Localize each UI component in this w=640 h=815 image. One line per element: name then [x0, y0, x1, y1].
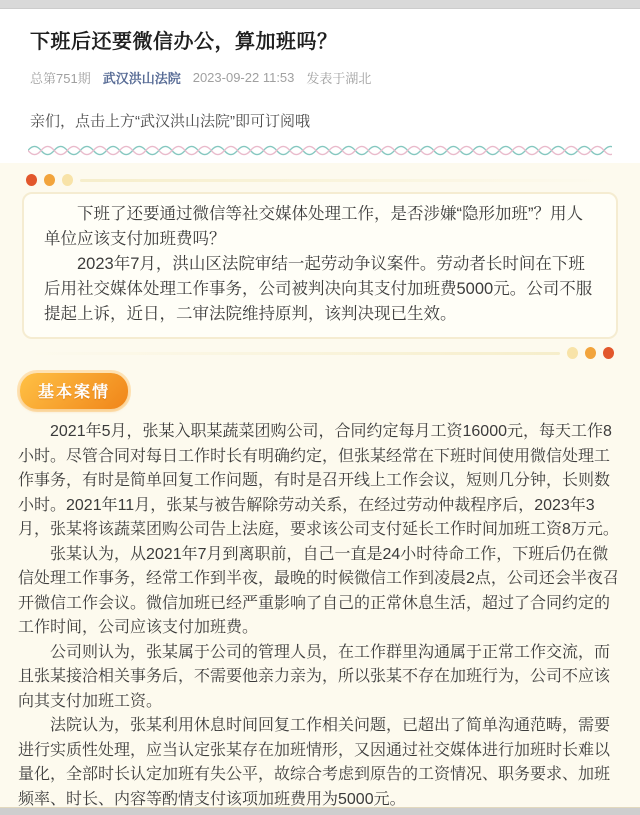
wave-divider	[0, 131, 640, 163]
issue-number: 总第751期	[30, 68, 91, 87]
body-paragraph: 公司则认为，张某属于公司的管理人员，在工作群里沟通属于正常工作交流，而且张某接洽…	[18, 641, 622, 715]
body-paragraph: 法院认为，张某利用休息时间回复工作相关问题，已超出了简单沟通范畴，需要进行实质性…	[18, 714, 622, 812]
article-header: 下班后还要微信办公，算加班吗？ 总第751期 武汉洪山法院 2023-09-22…	[0, 9, 640, 87]
decor-line	[26, 352, 560, 355]
case-text: 2021年5月，张某入职某蔬菜团购公司，合同约定每月工资16000元，每天工作8…	[18, 420, 622, 812]
publish-datetime: 2023-09-22 11:53	[193, 70, 295, 85]
decor-line	[80, 179, 614, 182]
wave-divider-icon	[28, 144, 612, 157]
window-edge-strip	[0, 0, 640, 9]
publish-location: 发表于湖北	[306, 68, 371, 87]
dot-icon	[26, 174, 37, 186]
account-link[interactable]: 武汉洪山法院	[103, 68, 181, 87]
section-badge: 基本案情	[20, 373, 128, 409]
summary-paragraph: 2023年7月，洪山区法院审结一起劳动争议案件。劳动者长时间在下班后用社交媒体处…	[44, 252, 596, 327]
dot-icon	[567, 347, 578, 359]
decor-dots-top	[26, 163, 614, 186]
article-body: 下班了还要通过微信等社交媒体处理工作，是否涉嫌“隐形加班”？用人单位应该支付加班…	[0, 163, 640, 815]
dot-icon	[585, 347, 596, 359]
article-meta: 总第751期 武汉洪山法院 2023-09-22 11:53 发表于湖北	[30, 68, 610, 87]
page-title: 下班后还要微信办公，算加班吗？	[30, 29, 610, 55]
body-paragraph: 张某认为，从2021年7月到离职前，自己一直是24小时待命工作，下班后仍在微信处…	[18, 543, 622, 641]
dot-icon	[603, 347, 614, 359]
subscribe-tip: 亲们，点击上方“武汉洪山法院”即可订阅哦	[0, 87, 640, 131]
dot-icon	[44, 174, 55, 186]
decor-dots-bottom	[26, 339, 614, 359]
dot-icon	[62, 174, 73, 186]
summary-paragraph: 下班了还要通过微信等社交媒体处理工作，是否涉嫌“隐形加班”？用人单位应该支付加班…	[44, 202, 596, 252]
window-edge-strip	[0, 807, 640, 815]
body-paragraph: 2021年5月，张某入职某蔬菜团购公司，合同约定每月工资16000元，每天工作8…	[18, 420, 622, 543]
summary-box: 下班了还要通过微信等社交媒体处理工作，是否涉嫌“隐形加班”？用人单位应该支付加班…	[22, 192, 618, 339]
